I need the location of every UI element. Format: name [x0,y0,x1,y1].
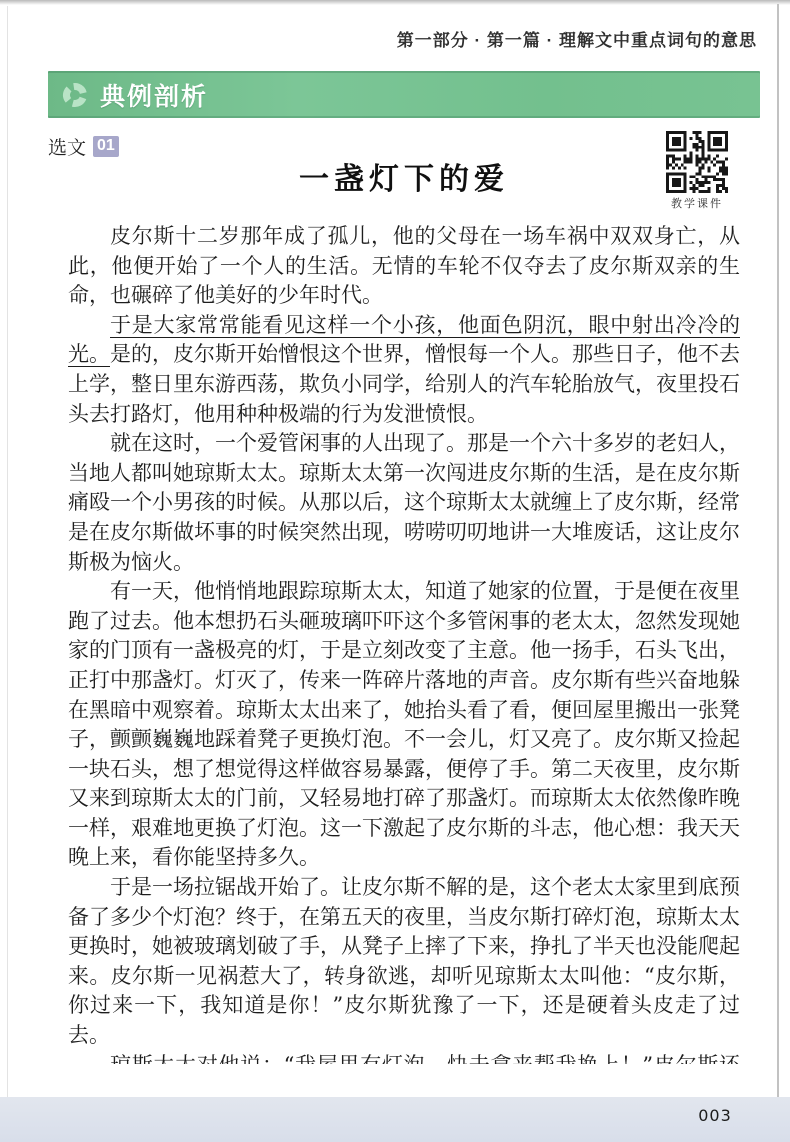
underlined-sentence: 于是大家常常能看见这样一个小孩，他面色阴沉，眼中射出冷冷的光。 [68,313,740,367]
page-right-edge [777,4,779,1142]
section-banner-label: 典例剖析 [100,77,208,113]
footer-band: 003 [0,1097,790,1142]
paragraph: 于是大家常常能看见这样一个小孩，他面色阴沉，眼中射出冷冷的光。是的，皮尔斯开始憎… [68,311,740,429]
article-title: 一盏灯下的爱 [68,154,740,198]
page-left-edge [7,6,8,1142]
page-top-edge [0,0,790,5]
paragraph: 就在这时，一个爱管闲事的人出现了。那是一个六十多岁的老妇人，当地人都叫她琼斯太太… [68,429,740,577]
page-number: 003 [693,1106,737,1125]
article-body: 皮尔斯十二岁那年成了孤儿，他的父母在一场车祸中双双身亡，从此，他便开始了一个人的… [68,222,740,1064]
section-banner: 典例剖析 [48,71,760,118]
paragraph: 于是一场拉锯战开始了。让皮尔斯不解的是，这个老太太家里到底预备了多少个灯泡？终于… [68,873,740,1051]
paragraph: 有一天，他悄悄地跟踪琼斯太太，知道了她家的位置，于是便在夜里跑了过去。他本想扔石… [68,577,740,873]
chapter-header: 第一部分 · 第一篇 · 理解文中重点词句的意思 [397,26,757,51]
segmented-ring-icon [62,82,88,108]
paragraph: 琼斯太太对他说：“我屋里有灯泡，快去拿来帮我换上！”皮尔斯还在犹 [68,1051,740,1064]
paragraph: 皮尔斯十二岁那年成了孤儿，他的父母在一场车祸中双双身亡，从此，他便开始了一个人的… [68,222,740,311]
